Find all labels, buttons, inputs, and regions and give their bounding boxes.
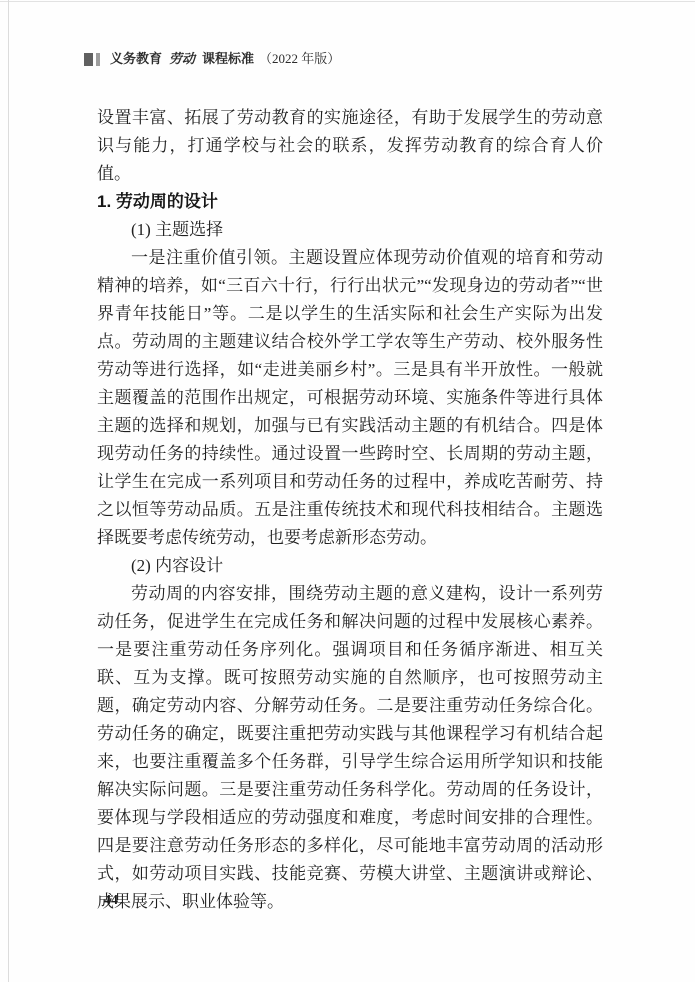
header-standard-label: 课程标准 [202,51,254,67]
section-heading: 1. 劳动周的设计 [97,188,603,216]
header-marker-light-icon [96,53,100,66]
header-marker-dark-icon [84,53,93,66]
header-edition-label: （2022 年版） [259,51,340,67]
subsection-2-body: 劳动周的内容安排，围绕劳动主题的意义建构，设计一系列劳动任务，促进学生在完成任务… [97,580,603,916]
header-series-label: 义务教育 [110,51,162,67]
subsection-2-title: (2) 内容设计 [97,552,603,580]
subsection-1-body: 一是注重价值引领。主题设置应体现劳动价值观的培育和劳动精神的培养，如“三百六十行… [97,244,603,552]
running-header: 义务教育 劳动 课程标准 （2022 年版） [84,51,340,67]
page-top-edge [0,1,695,2]
page-number: 44 [104,893,118,909]
intro-paragraph: 设置丰富、拓展了劳动教育的实施途径，有助于发展学生的劳动意识与能力，打通学校与社… [97,104,603,188]
scanned-document-page: { "header": { "series": "义务教育", "subject… [0,0,695,982]
page-left-edge [8,0,9,982]
header-subject-label: 劳动 [169,51,195,67]
subsection-1-title: (1) 主题选择 [97,216,603,244]
page-body-column: 设置丰富、拓展了劳动教育的实施途径，有助于发展学生的劳动意识与能力，打通学校与社… [97,104,603,916]
